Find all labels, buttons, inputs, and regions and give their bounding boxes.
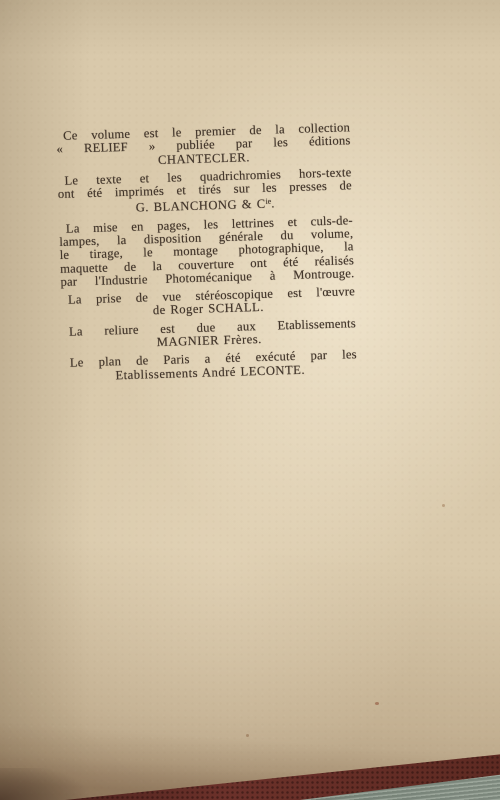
paper-speck [442,504,445,507]
paper-grain [0,0,500,800]
paragraph-collection: Ce volume est le premier de la collectio… [56,121,351,170]
paragraph-map: Le plan de Paris a été exécuté par les E… [63,349,358,384]
paper-speck [375,702,379,705]
imprint-prefix: G. BLANCHONG & C [136,197,266,215]
paper-speck [246,734,249,737]
paragraph-layout: La mise en pages, les lettrines et culs-… [59,214,355,289]
paragraph-photographer: La prise de vue stéréoscopique est l'œuv… [61,285,356,320]
book-photo: Ce volume est le premier de la collectio… [0,0,500,800]
paragraph-binding: La reliure est due aux Etablissements MA… [62,317,357,352]
colophon-text: Ce volume est le premier de la collectio… [56,121,358,389]
imprint-suffix: . [271,197,275,211]
paragraph-printer: Le texte et les quadrichromies hors-text… [57,166,352,217]
